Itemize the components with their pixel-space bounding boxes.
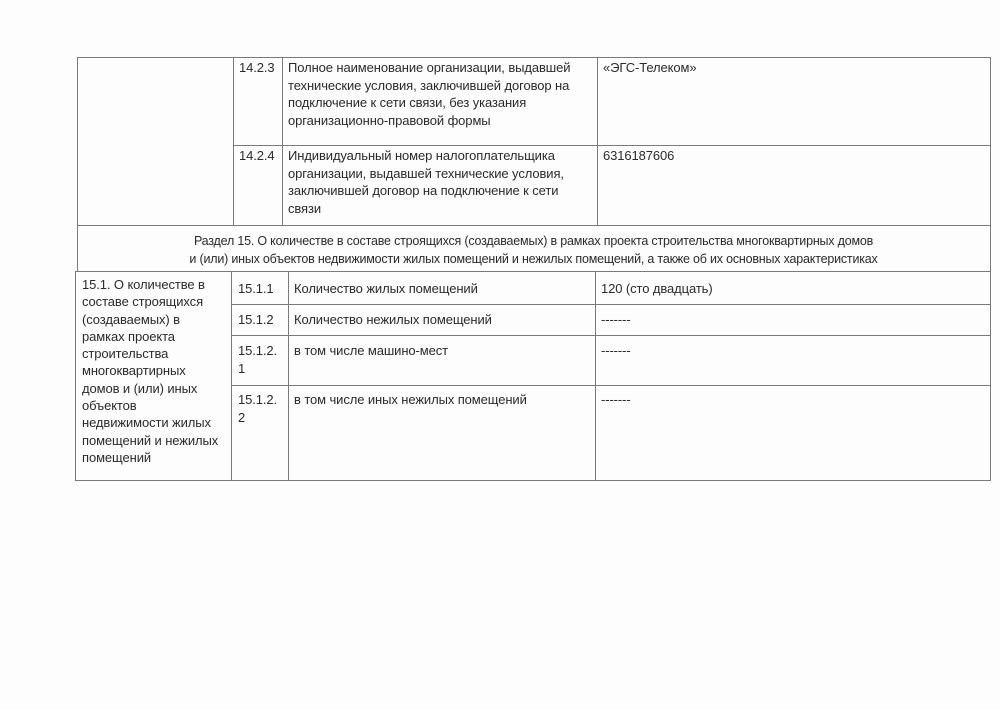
row-code: 15.1.2 [238, 311, 274, 329]
row-label: в том числе машино-мест [294, 342, 448, 360]
row-value: 6316187606 [603, 147, 674, 165]
row-value: 120 (сто двадцать) [601, 280, 713, 298]
label-line: Полное наименование организации, выдавше… [288, 59, 570, 77]
title-line: объектов [82, 397, 218, 414]
col-divider [595, 271, 596, 481]
row-label: в том числе иных нежилых помещений [294, 391, 527, 409]
col-divider [233, 57, 234, 225]
label-line: организации, выдавшей технические услови… [288, 165, 564, 183]
label-line: связи [288, 200, 564, 218]
row-code: 15.1.1 [238, 280, 274, 298]
title-line: составе строящихся [82, 293, 218, 310]
section-header-line: Раздел 15. О количестве в составе строящ… [77, 232, 990, 250]
col-divider [231, 271, 232, 481]
label-line: организационно-правовой формы [288, 112, 570, 130]
table-border-bottom [75, 480, 990, 481]
row-code: 14.2.3 [239, 59, 275, 77]
label-line: заключившей договор на подключение к сет… [288, 182, 564, 200]
row-code: 15.1.2. 2 [238, 391, 277, 426]
row-divider [231, 385, 990, 386]
row-label: Полное наименование организации, выдавше… [288, 59, 570, 129]
table-border-left-bottom [75, 271, 76, 481]
title-line: недвижимости жилых [82, 414, 218, 431]
label-line: технические условия, заключившей договор… [288, 77, 570, 95]
row-label: Количество жилых помещений [294, 280, 478, 298]
label-line: Индивидуальный номер налогоплательщика [288, 147, 564, 165]
title-line: строительства [82, 345, 218, 362]
label-line: подключение к сети связи, без указания [288, 94, 570, 112]
row-divider [75, 271, 990, 272]
title-line: 15.1. О количестве в [82, 276, 218, 293]
title-line: (создаваемых) в [82, 311, 218, 328]
table-border-right [990, 57, 991, 481]
code-line: 15.1.2. [238, 391, 277, 409]
row-divider [233, 145, 990, 146]
title-line: многоквартирных [82, 362, 218, 379]
code-line: 15.1.2. [238, 342, 277, 360]
row-value: ------- [601, 311, 631, 329]
row-value: ------- [601, 342, 631, 360]
title-line: помещений [82, 449, 218, 466]
table-border-top [77, 57, 990, 58]
col-divider [597, 57, 598, 225]
section-header: Раздел 15. О количестве в составе строящ… [77, 232, 990, 268]
code-line: 15.1.2 [238, 311, 274, 329]
row-divider [231, 304, 990, 305]
section-header-line: и (или) иных объектов недвижимости жилых… [77, 250, 990, 268]
row-divider [231, 335, 990, 336]
title-line: рамках проекта [82, 328, 218, 345]
row-value: ------- [601, 391, 631, 409]
code-line: 1 [238, 360, 277, 378]
code-line: 2 [238, 409, 277, 427]
subsection-title: 15.1. О количестве в составе строящихся … [82, 276, 218, 466]
row-value: «ЭГС-Телеком» [603, 59, 697, 77]
row-label: Количество нежилых помещений [294, 311, 492, 329]
code-line: 15.1.1 [238, 280, 274, 298]
row-label: Индивидуальный номер налогоплательщика о… [288, 147, 564, 217]
col-divider [282, 57, 283, 225]
row-code: 15.1.2. 1 [238, 342, 277, 377]
title-line: помещений и нежилых [82, 432, 218, 449]
row-code: 14.2.4 [239, 147, 275, 165]
row-divider [77, 225, 990, 226]
col-divider [288, 271, 289, 481]
title-line: домов и (или) иных [82, 380, 218, 397]
